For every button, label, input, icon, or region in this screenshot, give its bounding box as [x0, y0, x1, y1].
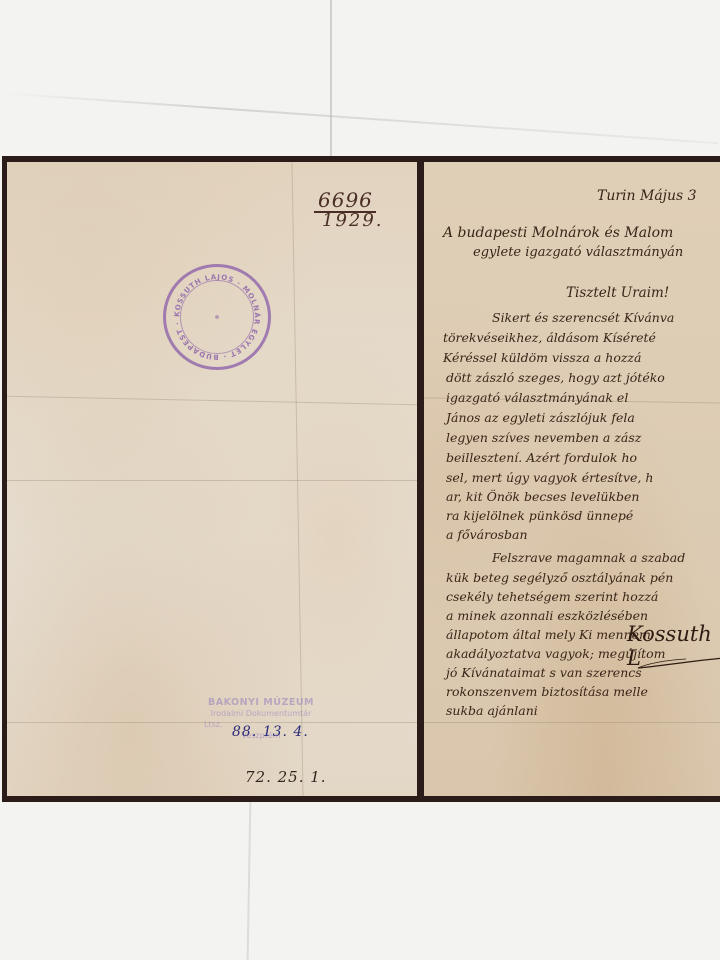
- background-fold-crease: [330, 0, 332, 160]
- letter-body-line: jó Kívánataimat s van szerencs: [446, 665, 642, 680]
- archive-year: 1929.: [322, 210, 384, 231]
- letter-body-line: ra kijelölnek pünkösd ünnepé: [446, 508, 633, 523]
- stamp-circular-text: KOSSUTH LAJOS · MOLNÁR EGYLET · BUDAPEST…: [166, 267, 268, 367]
- paper-fold: [7, 396, 417, 406]
- catalog-number: 72. 25. 1.: [245, 768, 327, 786]
- background-fold-crease: [0, 92, 718, 144]
- letter-body-line: a minek azonnali eszközlésében: [446, 608, 648, 623]
- letter-address-line: A budapesti Molnárok és Malom: [443, 225, 673, 241]
- letter-body-line: beillesztení. Azért fordulok ho: [446, 450, 637, 465]
- letter-body-line: állapotom által mely Ki mennem: [446, 627, 651, 642]
- letter-salutation: Tisztelt Uraim!: [566, 285, 669, 301]
- letter-body-line: rokonszenvem biztosítása melle: [446, 684, 648, 699]
- letter-body-line: dött zászló szeges, hogy azt jótéko: [446, 370, 665, 385]
- letter-body-line: sukba ajánlani: [446, 703, 538, 718]
- letter-body-line: ar, kit Önök becses levelükben: [446, 489, 639, 504]
- signature-flourish: [636, 656, 720, 670]
- letter-body-line: legyen szíves nevemben a zász: [446, 430, 641, 445]
- archive-number: 6696: [318, 188, 373, 212]
- letter-place-date: Turin Május 3: [597, 188, 697, 204]
- museum-department: Irodalmi Dokumentumtár: [196, 708, 326, 719]
- letter-address-line: egylete igazgató választmányán: [473, 245, 683, 260]
- museum-name: BAKONYI MÚZEUM: [196, 697, 326, 708]
- inventory-number: 88. 13. 4.: [232, 724, 309, 740]
- letter-body-line: igazgató választmányának el: [446, 390, 628, 405]
- letter-body-line: Kéréssel küldöm vissza a hozzá: [443, 350, 641, 365]
- letter-body-line: törekvéseikhez, áldásom Kíséreté: [443, 330, 656, 345]
- letter-body-line: kük beteg segélyző osztályának pén: [446, 570, 673, 585]
- round-society-stamp: KOSSUTH LAJOS · MOLNÁR EGYLET · BUDAPEST…: [163, 264, 271, 370]
- paper-fold: [7, 480, 417, 481]
- letter-body-line: János az egyleti zászlójuk fela: [446, 410, 635, 425]
- letter-body-line: a fővárosban: [446, 527, 528, 542]
- letter-body-line: csekély tehetségem szerint hozzá: [446, 589, 658, 604]
- paper-fold: [424, 722, 720, 723]
- letter-body-line: sel, mert úgy vagyok értesítve, h: [446, 470, 653, 485]
- letter-body-line: Sikert és szerencsét Kívánva: [492, 310, 674, 325]
- letter-body-line: Felszrave magamnak a szabad: [492, 550, 685, 565]
- background-fold-crease: [247, 800, 252, 960]
